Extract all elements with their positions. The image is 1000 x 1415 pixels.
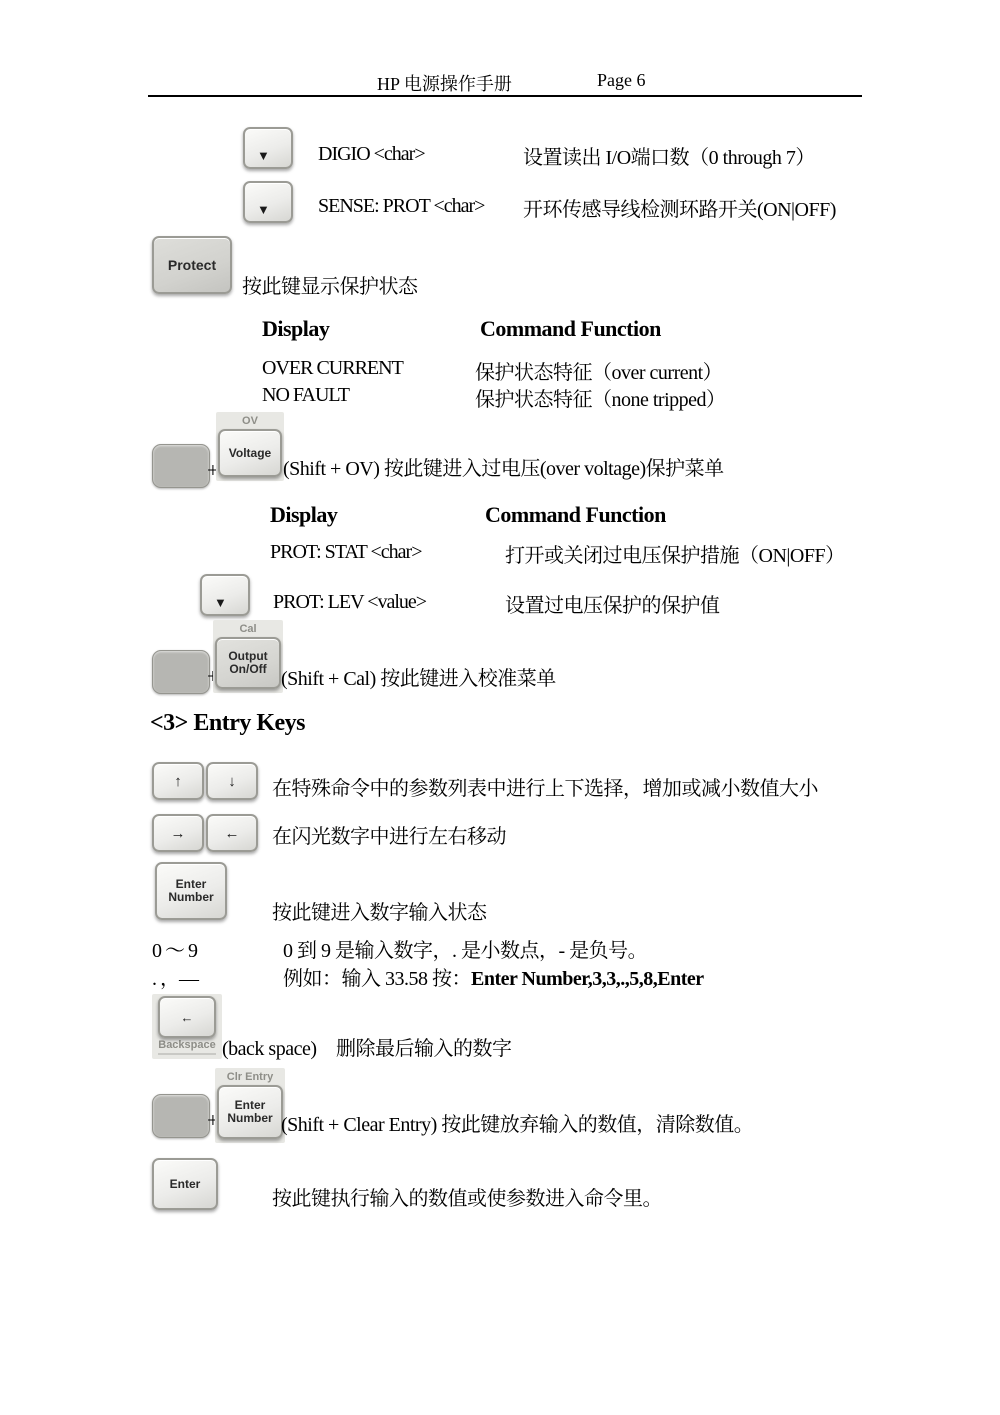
shift-key-image xyxy=(152,444,210,488)
enter-number-key-label: EnterNumber xyxy=(227,1099,272,1125)
right-arrow-icon: → xyxy=(171,826,186,841)
table2-header-display: Display xyxy=(270,502,337,528)
protect-key-label: Protect xyxy=(168,259,216,272)
down-arrow-key-image: ▼ xyxy=(200,574,250,616)
backspace-arrow-icon: ← xyxy=(181,1011,194,1024)
output-label-line2: On/Off xyxy=(229,662,266,676)
table1-row2-function: 保护状态特征（none tripped） xyxy=(475,383,726,412)
up-arrow-icon: ↑ xyxy=(174,774,182,789)
enter-key-image: Enter xyxy=(152,1158,218,1210)
document-title: HP 电源操作手册 xyxy=(377,70,512,96)
output-key-surround: Cal OutputOn/Off xyxy=(213,620,283,693)
description-enter-number: 按此键进入数字输入状态 xyxy=(272,896,487,925)
table1-row1-display: OVER CURRENT xyxy=(262,357,403,380)
backspace-key-image: ← xyxy=(158,996,216,1038)
page-number: Page 6 xyxy=(597,70,646,91)
down-arrow-icon: ▼ xyxy=(214,596,227,609)
description-shift-cal: (Shift + Cal) 按此键进入校准菜单 xyxy=(281,662,556,691)
output-label-line1: Output xyxy=(228,649,267,663)
shift-key-image xyxy=(152,1094,210,1138)
section-heading-entry-keys: <3> Entry Keys xyxy=(150,710,305,737)
table2-row2-function: 设置过电压保护的保护值 xyxy=(505,589,720,618)
enter-number-key-image: EnterNumber xyxy=(155,862,227,920)
clear-entry-line2: Number xyxy=(227,1111,272,1125)
command-sense-prot: SENSE: PROT <char> xyxy=(318,195,484,218)
clear-entry-key-surround: Clr Entry EnterNumber xyxy=(215,1068,285,1143)
down-arrow-key-image: ↓ xyxy=(206,762,258,800)
enter-number-line1: Enter xyxy=(176,877,207,891)
down-arrow-key-image: ▼ xyxy=(243,181,293,223)
enter-number-line2: Number xyxy=(168,890,213,904)
clear-entry-line1: Enter xyxy=(235,1098,266,1112)
description-shift-ov: (Shift + OV) 按此键进入过电压(over voltage)保护菜单 xyxy=(283,452,724,481)
table1-row1-function: 保护状态特征（over current） xyxy=(475,356,722,385)
enter-number-key-label: EnterNumber xyxy=(168,878,213,904)
backspace-key-surround: ← Backspace xyxy=(152,994,222,1059)
digits-left-line1: 0 ～ 9 xyxy=(152,934,197,963)
description-backspace: (back space) 删除最后输入的数字 xyxy=(222,1032,512,1061)
enter-number-key-image: EnterNumber xyxy=(217,1085,283,1139)
backspace-label: Backspace xyxy=(158,1038,216,1055)
protect-key-image: Protect xyxy=(152,236,232,294)
left-arrow-key-image: ← xyxy=(206,814,258,852)
down-arrow-icon: ▼ xyxy=(257,149,270,162)
cal-label: Cal xyxy=(239,622,256,637)
description-updown: 在特殊命令中的参数列表中进行上下选择，增加或减小数值大小 xyxy=(272,772,818,801)
description-protect: 按此键显示保护状态 xyxy=(242,270,418,299)
description-leftright: 在闪光数字中进行左右移动 xyxy=(272,820,506,849)
table1-row2-display: NO FAULT xyxy=(262,384,349,407)
table2-row1-display: PROT: STAT <char> xyxy=(270,541,421,564)
table2-row1-function: 打开或关闭过电压保护措施（ON|OFF） xyxy=(505,539,845,568)
digits-line2-prefix: 例如：输入 33.58 按： xyxy=(283,968,471,990)
description-clear-entry: (Shift + Clear Entry) 按此键放弃输入的数值，清除数值。 xyxy=(281,1108,753,1137)
description-digio: 设置读出 I/O端口数（0 through 7） xyxy=(523,141,815,170)
ov-label: OV xyxy=(242,414,258,429)
header-rule xyxy=(148,95,862,97)
description-sense-prot: 开环传感导线检测环路开关(ON|OFF) xyxy=(523,193,836,222)
up-arrow-key-image: ↑ xyxy=(152,762,204,800)
command-digio: DIGIO <char> xyxy=(318,143,425,166)
voltage-key-image: Voltage xyxy=(218,429,282,477)
left-arrow-icon: ← xyxy=(225,826,240,841)
digits-left-line2: . ，— xyxy=(152,962,198,991)
output-onoff-key-label: OutputOn/Off xyxy=(228,650,267,676)
digits-line2-keys: Enter Number,3,3,.,5,8,Enter xyxy=(471,968,704,990)
voltage-key-surround: OV Voltage xyxy=(216,412,284,481)
manual-page: HP 电源操作手册 Page 6 ▼ DIGIO <char> 设置读出 I/O… xyxy=(0,0,1000,1415)
down-arrow-icon: ▼ xyxy=(257,203,270,216)
description-enter: 按此键执行输入的数值或使参数进入命令里。 xyxy=(272,1182,662,1211)
enter-key-label: Enter xyxy=(170,1178,201,1191)
clr-entry-label: Clr Entry xyxy=(227,1070,273,1085)
digits-line2: 例如：输入 33.58 按：Enter Number,3,3,.,5,8,Ent… xyxy=(283,962,704,991)
table1-header-display: Display xyxy=(262,316,329,342)
down-arrow-icon: ↓ xyxy=(228,774,236,789)
digits-line1: 0 到 9 是输入数字，. 是小数点，- 是负号。 xyxy=(283,934,647,963)
shift-key-image xyxy=(152,650,210,694)
table1-header-function: Command Function xyxy=(480,316,661,342)
down-arrow-key-image: ▼ xyxy=(243,127,293,169)
table2-row2-display: PROT: LEV <value> xyxy=(273,591,426,614)
table2-header-function: Command Function xyxy=(485,502,666,528)
output-onoff-key-image: OutputOn/Off xyxy=(215,637,281,689)
voltage-key-label: Voltage xyxy=(229,447,271,460)
right-arrow-key-image: → xyxy=(152,814,204,852)
